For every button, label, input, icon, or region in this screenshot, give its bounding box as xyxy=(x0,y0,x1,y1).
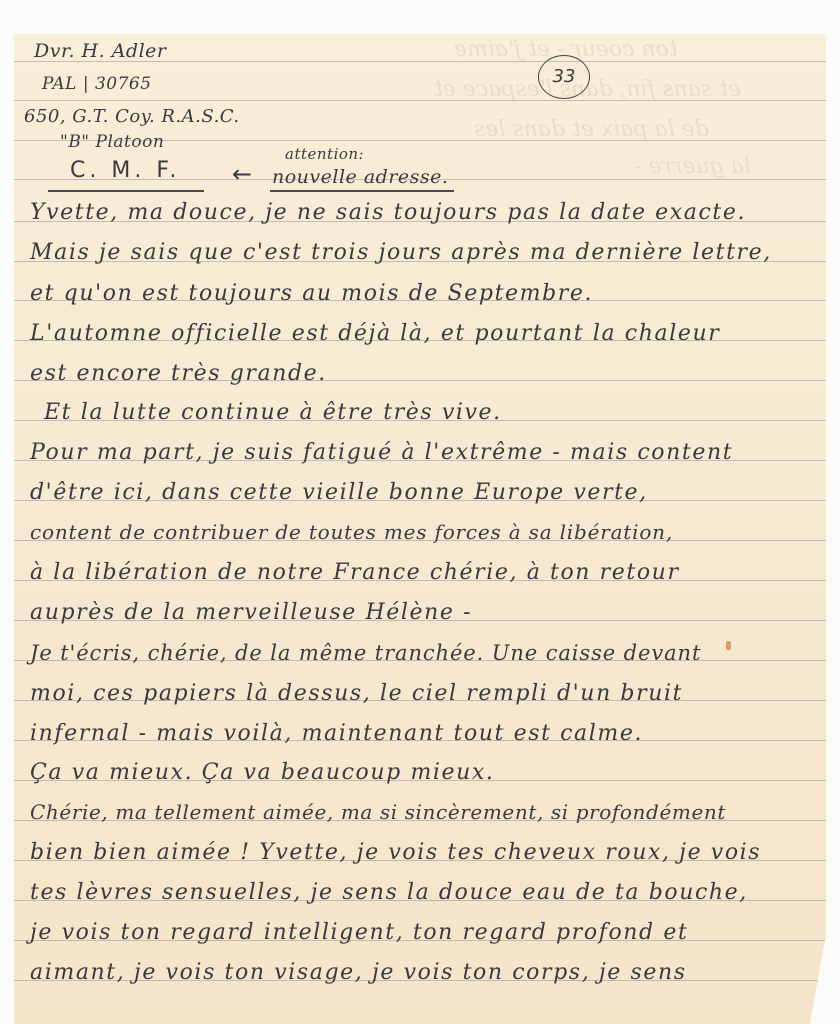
letter-line: Ça va mieux. Ça va beaucoup mieux. xyxy=(30,760,495,785)
address-unit: 650, G.T. Coy. R.A.S.C. xyxy=(24,106,240,127)
letter-line: Chérie, ma tellement aimée, ma si sincèr… xyxy=(30,800,726,824)
letter-line: infernal - mais voilà, maintenant tout e… xyxy=(30,721,643,746)
letter-line: Mais je sais que c'est trois jours après… xyxy=(30,240,772,265)
note-underline xyxy=(270,190,454,192)
address-service-number: PAL | 30765 xyxy=(42,74,152,94)
cmf-underline xyxy=(48,190,204,192)
letter-line: je vois ton regard intelligent, ton rega… xyxy=(30,920,688,945)
letter-line: bien bien aimée ! Yvette, je vois tes ch… xyxy=(30,840,761,865)
address-note-new-address: nouvelle adresse. xyxy=(272,166,448,188)
letter-line: à la libération de notre France chérie, … xyxy=(30,560,680,585)
letter-line: content de contribuer de toutes mes forc… xyxy=(30,520,673,544)
letter-line: tes lèvres sensuelles, je sens la douce … xyxy=(30,880,748,905)
address-name: Dvr. H. Adler xyxy=(34,40,166,62)
address-platoon: "B" Platoon xyxy=(60,132,164,152)
letter-line: et qu'on est toujours au mois de Septemb… xyxy=(30,281,593,306)
bleed-through-text: la guerre - xyxy=(634,154,751,179)
arrow-left-icon: ← xyxy=(232,160,252,188)
letter-line: Et la lutte continue à être très vive. xyxy=(44,400,502,425)
address-cmf: C. M. F. xyxy=(70,158,180,183)
address-note-attention: attention: xyxy=(285,145,364,163)
ink-stain xyxy=(726,641,731,650)
letter-line: aimant, je vois ton visage, je vois ton … xyxy=(30,960,687,985)
letter-line: est encore très grande. xyxy=(30,361,327,386)
letter-line: L'automne officielle est déjà là, et pou… xyxy=(30,321,720,346)
letter-line: moi, ces papiers là dessus, le ciel remp… xyxy=(30,681,683,706)
bleed-through-text: de la paix et dans les xyxy=(474,117,709,142)
letter-line: Pour ma part, je suis fatigué à l'extrêm… xyxy=(30,440,733,465)
letter-line: Yvette, ma douce, je ne sais toujours pa… xyxy=(30,200,746,225)
letter-line: Je t'écris, chérie, de la même tranchée.… xyxy=(30,641,701,665)
letter-line: d'être ici, dans cette vieille bonne Eur… xyxy=(30,480,648,505)
letter-line: auprès de la merveilleuse Hélène - xyxy=(30,600,472,625)
page-number: 33 xyxy=(538,55,590,99)
